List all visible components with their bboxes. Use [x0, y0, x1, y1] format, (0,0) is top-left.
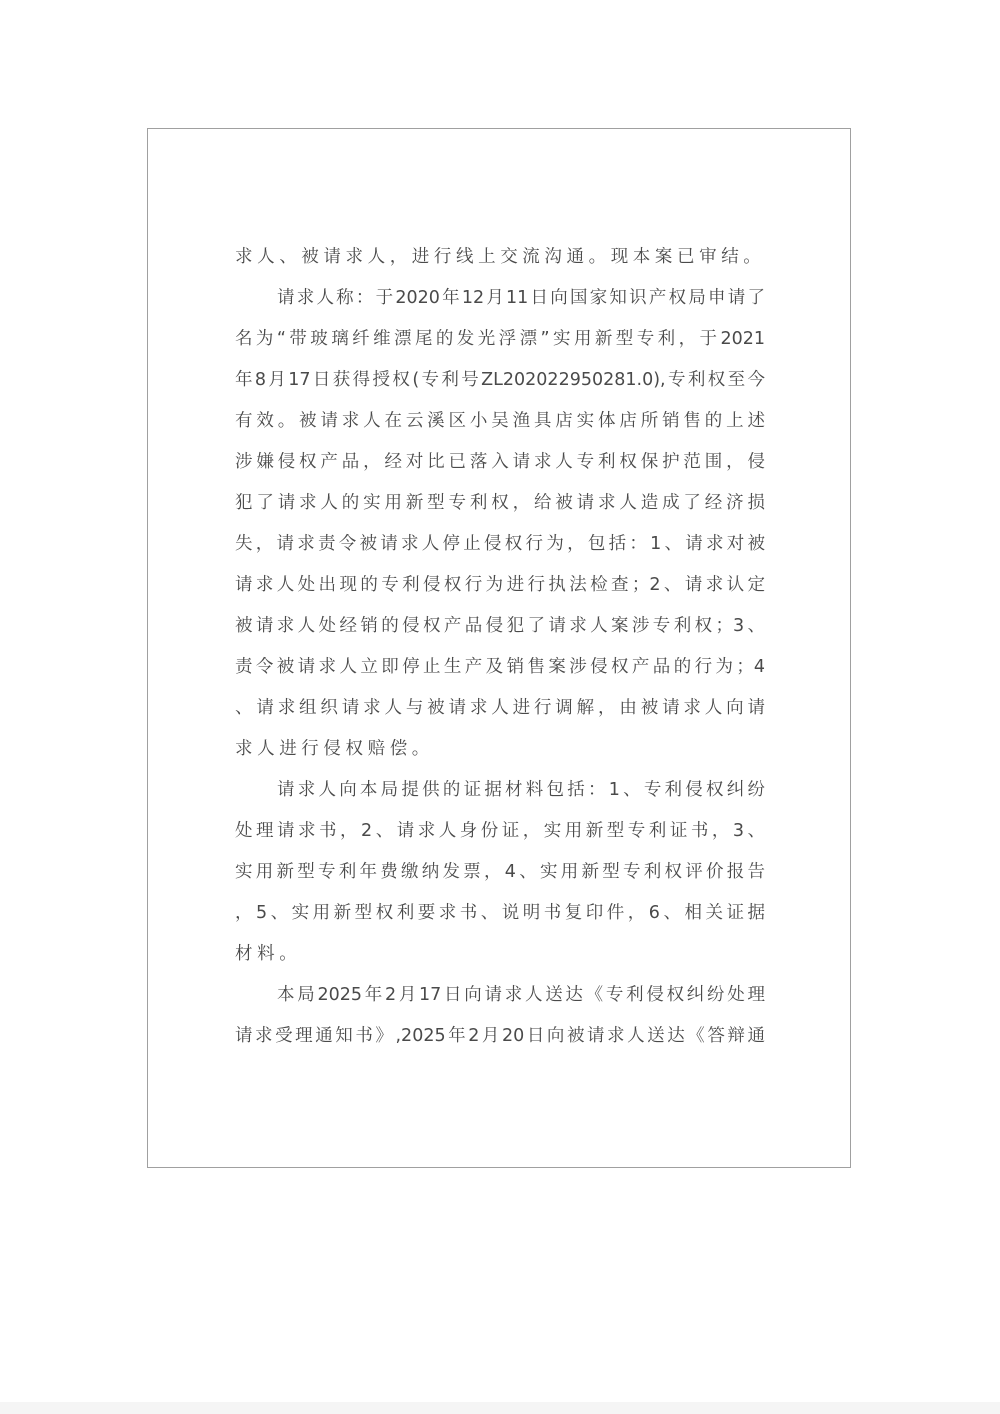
text-line-content: 请求受理通知书》,2025年2月20日向被请求人送达《答辩通 — [235, 1020, 765, 1061]
text-line-content: 处理请求书，2、请求人身份证，实用新型专利证书，3、 — [235, 815, 765, 856]
paragraph-start-line: 本局2025年2月17日向请求人送达《专利侵权纠纷处理 — [235, 979, 765, 1020]
text-line: 责令被请求人立即停止生产及销售案涉侵权产品的行为；4 — [235, 651, 765, 692]
text-line: 名为“带玻璃纤维漂尾的发光浮漂”实用新型专利，于2021 — [235, 323, 765, 364]
paragraph-start-line: 请求人称：于2020年12月11日向国家知识产权局申请了 — [235, 282, 765, 323]
text-line-content: 求人、被请求人，进行线上交流沟通。现本案已审结。 — [235, 241, 765, 282]
text-line: 求人、被请求人，进行线上交流沟通。现本案已审结。 — [235, 241, 765, 282]
text-line-content: 请求人处出现的专利侵权行为进行执法检查；2、请求认定 — [235, 569, 765, 610]
text-line: 有效。被请求人在云溪区小吴渔具店实体店所销售的上述 — [235, 405, 765, 446]
paragraph-start-line: 请求人向本局提供的证据材料包括：1、专利侵权纠纷 — [235, 774, 765, 815]
text-line: 犯了请求人的实用新型专利权，给被请求人造成了经济损 — [235, 487, 765, 528]
paragraph-end-line: 材料。 — [235, 938, 765, 979]
text-line-content: 、请求组织请求人与被请求人进行调解，由被请求人向请 — [235, 692, 765, 733]
document-body: 求人、被请求人，进行线上交流沟通。现本案已审结。 请求人称：于2020年12月1… — [235, 241, 765, 1061]
text-line-content: 材料。 — [235, 938, 765, 979]
text-line-content: 求人进行侵权赔偿。 — [235, 733, 765, 774]
text-line-content: 年8月17日获得授权(专利号ZL202022950281.0),专利权至今 — [235, 364, 765, 405]
text-line: 被请求人处经销的侵权产品侵犯了请求人案涉专利权；3、 — [235, 610, 765, 651]
text-line: 实用新型专利年费缴纳发票，4、实用新型专利权评价报告 — [235, 856, 765, 897]
text-line-content: 责令被请求人立即停止生产及销售案涉侵权产品的行为；4 — [235, 651, 765, 692]
paragraph-end-line: 求人进行侵权赔偿。 — [235, 733, 765, 774]
text-line-content: 请求人向本局提供的证据材料包括：1、专利侵权纠纷 — [277, 774, 765, 815]
text-line-content: 被请求人处经销的侵权产品侵犯了请求人案涉专利权；3、 — [235, 610, 765, 651]
text-line: 请求受理通知书》,2025年2月20日向被请求人送达《答辩通 — [235, 1020, 765, 1061]
text-line: 失，请求责令被请求人停止侵权行为，包括：1、请求对被 — [235, 528, 765, 569]
text-line-content: 涉嫌侵权产品，经对比已落入请求人专利权保护范围，侵 — [235, 446, 765, 487]
text-line: 年8月17日获得授权(专利号ZL202022950281.0),专利权至今 — [235, 364, 765, 405]
text-line-content: 失，请求责令被请求人停止侵权行为，包括：1、请求对被 — [235, 528, 765, 569]
text-line: 涉嫌侵权产品，经对比已落入请求人专利权保护范围，侵 — [235, 446, 765, 487]
text-line: 请求人处出现的专利侵权行为进行执法检查；2、请求认定 — [235, 569, 765, 610]
text-line: ，5、实用新型权利要求书、说明书复印件，6、相关证据 — [235, 897, 765, 938]
text-line: 处理请求书，2、请求人身份证，实用新型专利证书，3、 — [235, 815, 765, 856]
text-line-content: 犯了请求人的实用新型专利权，给被请求人造成了经济损 — [235, 487, 765, 528]
text-line-content: 名为“带玻璃纤维漂尾的发光浮漂”实用新型专利，于2021 — [235, 323, 765, 364]
text-line-content: 实用新型专利年费缴纳发票，4、实用新型专利权评价报告 — [235, 856, 765, 897]
text-line-content: 本局2025年2月17日向请求人送达《专利侵权纠纷处理 — [277, 979, 765, 1020]
text-line-content: 有效。被请求人在云溪区小吴渔具店实体店所销售的上述 — [235, 405, 765, 446]
text-line-content: 请求人称：于2020年12月11日向国家知识产权局申请了 — [277, 282, 765, 323]
text-line: 、请求组织请求人与被请求人进行调解，由被请求人向请 — [235, 692, 765, 733]
viewer-bottom-bar — [0, 1402, 1000, 1414]
text-line-content: ，5、实用新型权利要求书、说明书复印件，6、相关证据 — [235, 897, 765, 938]
